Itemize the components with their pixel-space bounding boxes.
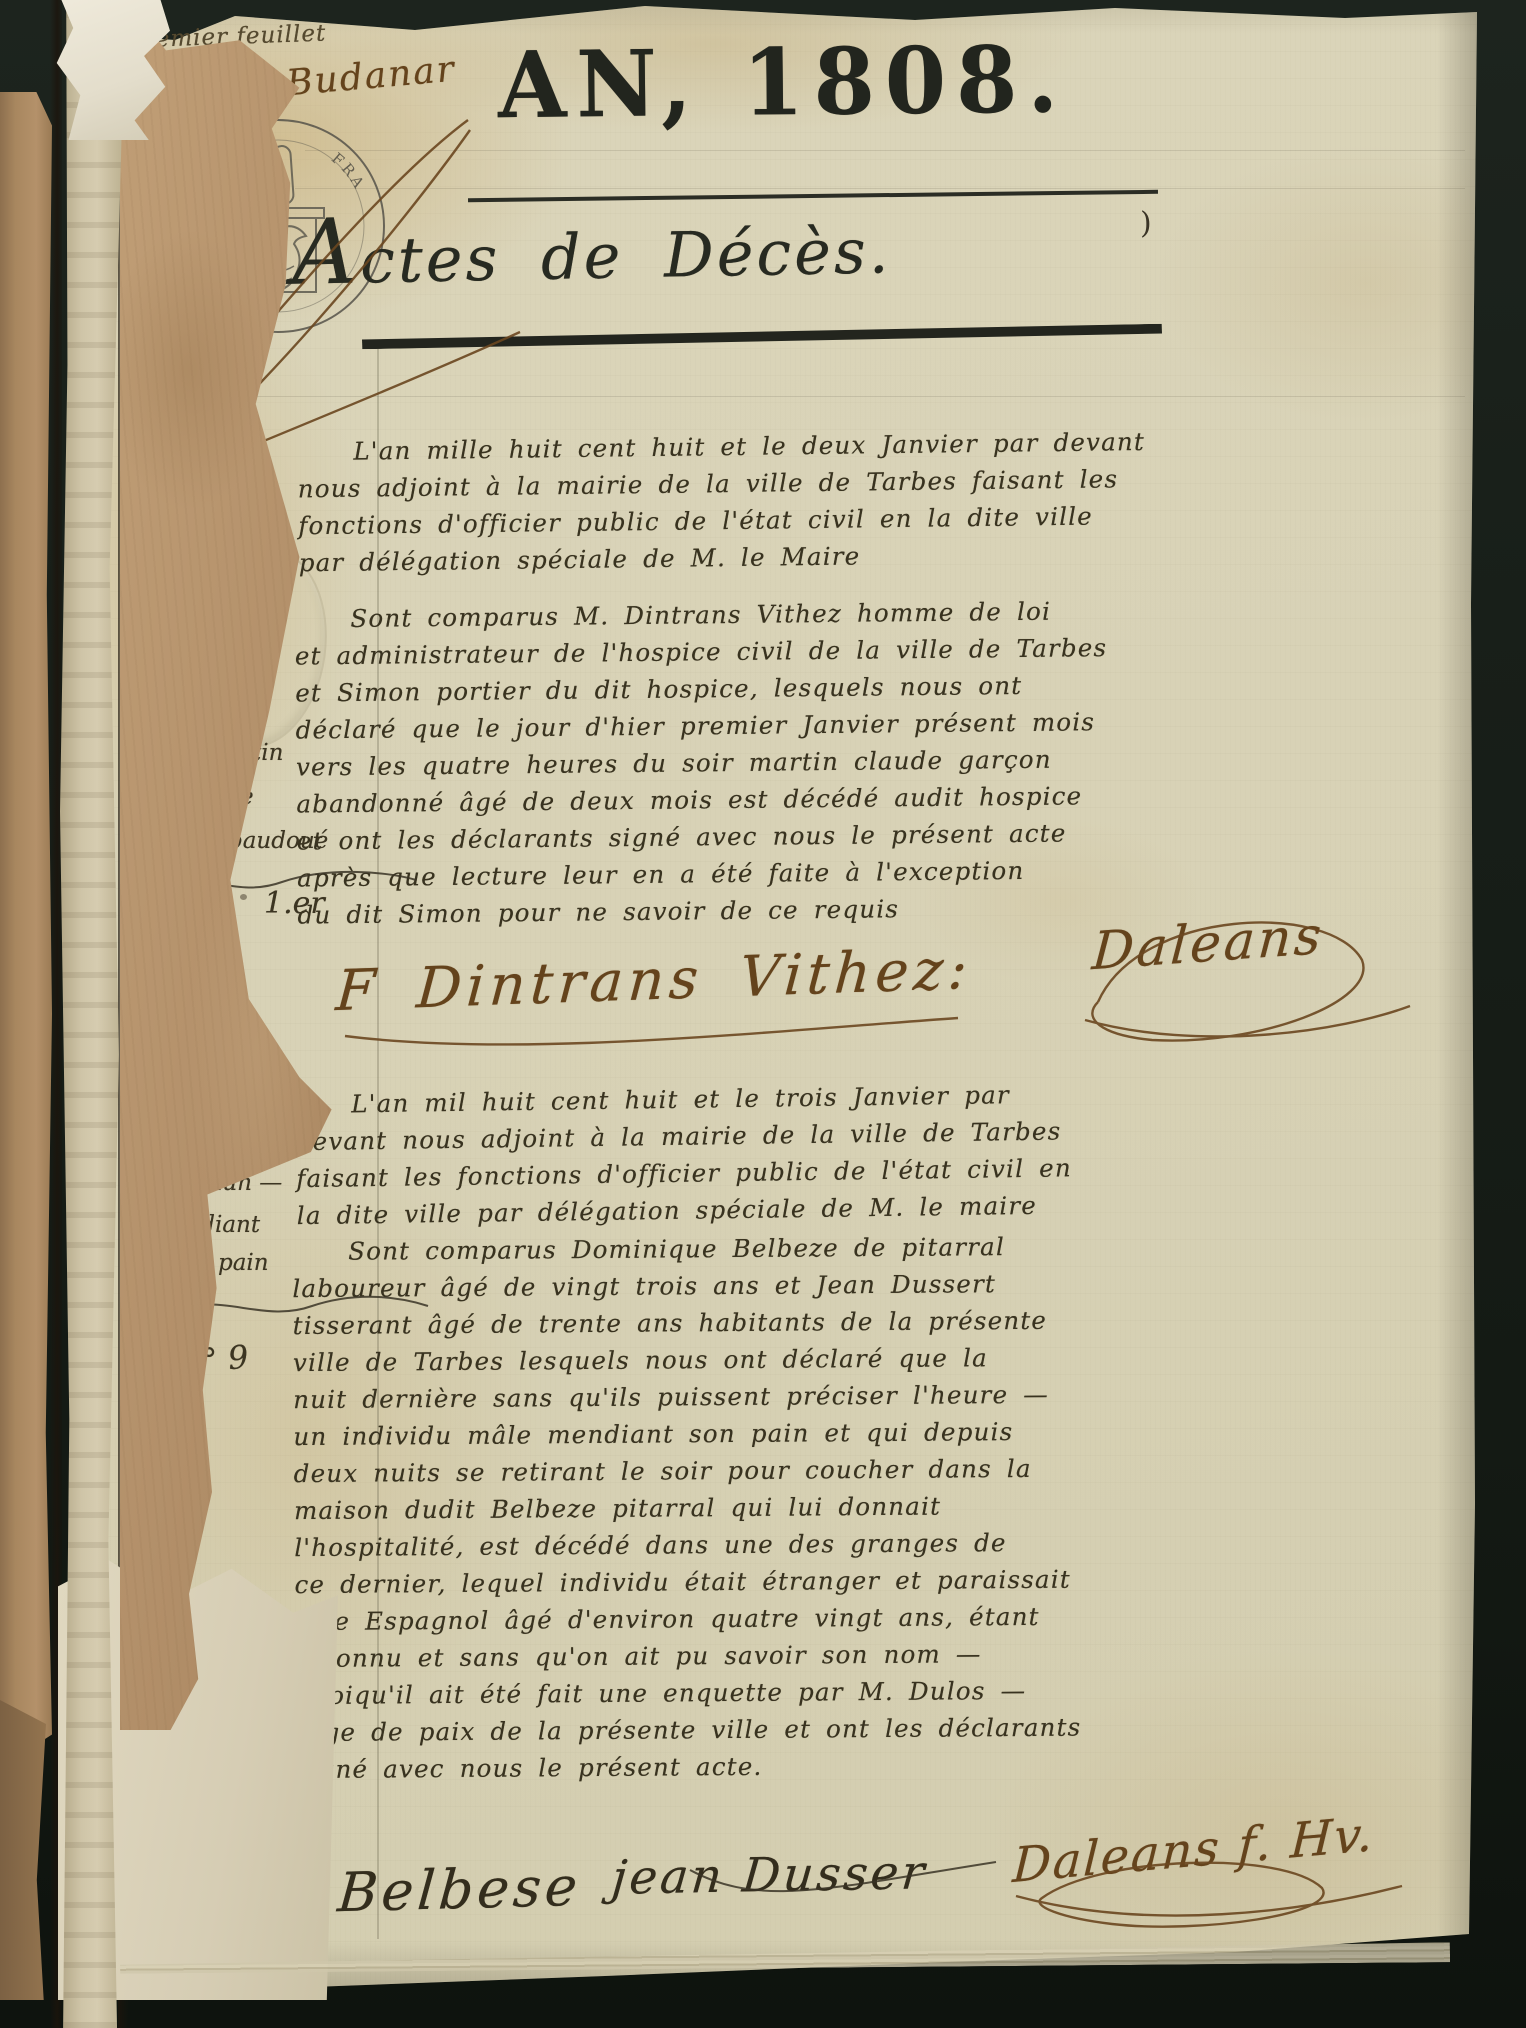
handwritten-line: tisserant âgé de trente ans habitants de…	[293, 1301, 1173, 1344]
paper-chain-line	[305, 150, 1465, 151]
handwritten-line: être Espagnol âgé d'environ quatre vingt…	[295, 1597, 1175, 1640]
scanned-register-page: FRAN. premier feuillet Budanar AN, 1808.…	[0, 0, 1526, 2028]
stray-ink-mark: )	[1140, 206, 1152, 241]
handwritten-line: ville de Tarbes lesquels nous ont déclar…	[293, 1338, 1173, 1381]
handwritten-line: nuit dernière sans qu'ils puissent préci…	[293, 1375, 1173, 1418]
handwritten-line: deux nuits se retirant le soir pour couc…	[294, 1449, 1174, 1492]
spine-leather-strip	[0, 1700, 46, 2000]
handwritten-line: quoiqu'il ait été fait une enquette par …	[295, 1671, 1175, 1714]
act1-opening-paragraph: L'an mille huit cent huit et le deux Jan…	[297, 423, 1169, 582]
paper-chain-line	[225, 396, 1465, 397]
handwritten-line: Juge de paix de la présente ville et ont…	[295, 1708, 1175, 1751]
act1-number: 1.er	[264, 886, 325, 921]
handwritten-line: Sont comparus Dominique Belbeze de pitar…	[348, 1227, 1172, 1270]
spine-leather-strip	[0, 92, 52, 1768]
handwritten-line: maison dudit Belbeze pitarral qui lui do…	[294, 1486, 1174, 1529]
handwritten-line: l'hospitalité, est décédé dans une des g…	[294, 1523, 1174, 1566]
act2-opening-paragraph: L'an mil huit cent huit et le trois Janv…	[295, 1074, 1177, 1234]
handwritten-line: signé avec nous le présent acte.	[296, 1745, 1176, 1788]
act1-body-paragraph: Sont comparus M. Dintrans Vithez homme d…	[294, 591, 1167, 933]
act2-declarant1-signature: Belbese	[336, 1855, 584, 1925]
handwritten-line: un individu mâle mendiant son pain et qu…	[293, 1412, 1173, 1455]
act2-margin-line: pain	[218, 1250, 269, 1276]
register-title: Actes de Décès.	[291, 190, 892, 305]
handwritten-line: laboureur âgé de vingt trois ans et Jean…	[292, 1264, 1172, 1307]
act1-margin-fragment: baudoué	[228, 828, 328, 854]
year-title: AN, 1808.	[497, 25, 1068, 139]
act2-body-paragraph: Sont comparus Dominique Belbeze de pitar…	[292, 1227, 1176, 1788]
ink-blot	[240, 894, 247, 900]
paper-chain-line	[295, 188, 1465, 189]
handwritten-line: ce dernier, lequel individu était étrang…	[294, 1560, 1174, 1603]
act2-declarant2-signature: jean Dusser	[610, 1845, 930, 1906]
handwritten-line: inconnu et sans qu'on ait pu savoir son …	[295, 1634, 1175, 1677]
